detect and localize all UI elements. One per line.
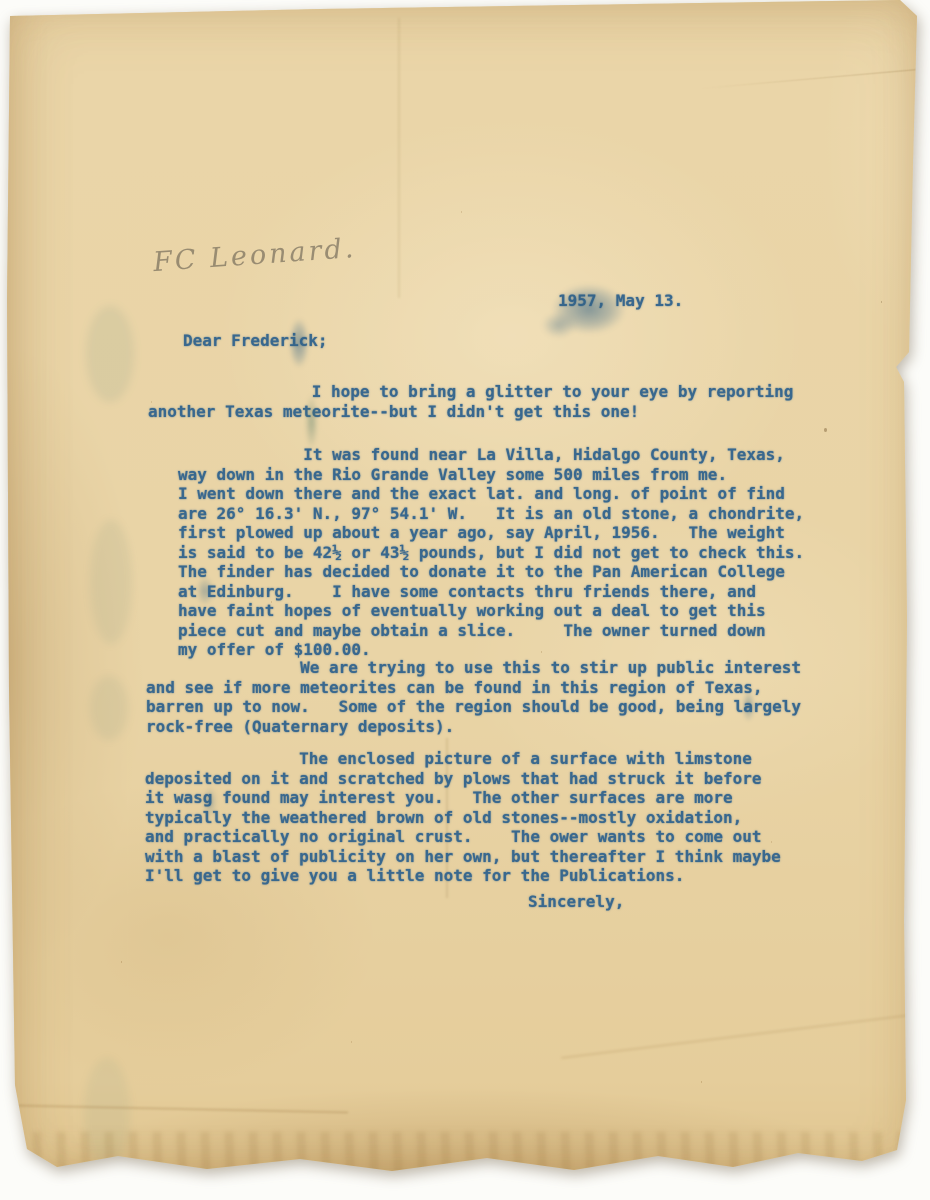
bleedthrough-mark bbox=[90, 676, 128, 740]
letter-paragraph-3: We are trying to use this to stir up pub… bbox=[146, 658, 846, 736]
bleedthrough-mark bbox=[84, 1058, 130, 1170]
handwritten-note: FC Leonard. bbox=[152, 233, 357, 278]
bleedthrough-mark bbox=[90, 520, 132, 644]
salutation: Dear Frederick; bbox=[183, 331, 883, 351]
scanned-letter-page: FC Leonard. 1957, May 13. Dear Frederick… bbox=[0, 0, 930, 1200]
date-line: 1957, May 13. bbox=[558, 291, 930, 311]
letter-paragraph-2: It was found near La Villa, Hidalgo Coun… bbox=[178, 445, 878, 660]
paper-crease bbox=[18, 1105, 348, 1114]
closing: Sincerely, bbox=[528, 892, 930, 912]
paper-crease bbox=[700, 68, 929, 89]
paper-crinkle-band bbox=[10, 1132, 910, 1184]
paper-sheet: FC Leonard. 1957, May 13. Dear Frederick… bbox=[0, 0, 930, 1200]
paper-shadow-wrap: FC Leonard. 1957, May 13. Dear Frederick… bbox=[0, 0, 930, 1200]
paper-crease bbox=[398, 18, 400, 298]
paper-crease bbox=[561, 1013, 919, 1059]
letter-paragraph-4: The enclosed picture of a surface with l… bbox=[145, 749, 845, 886]
letter-paragraph-1: I hope to bring a glitter to your eye by… bbox=[148, 382, 848, 421]
bleedthrough-mark bbox=[86, 306, 134, 402]
paper-specks bbox=[30, 1162, 33, 1166]
